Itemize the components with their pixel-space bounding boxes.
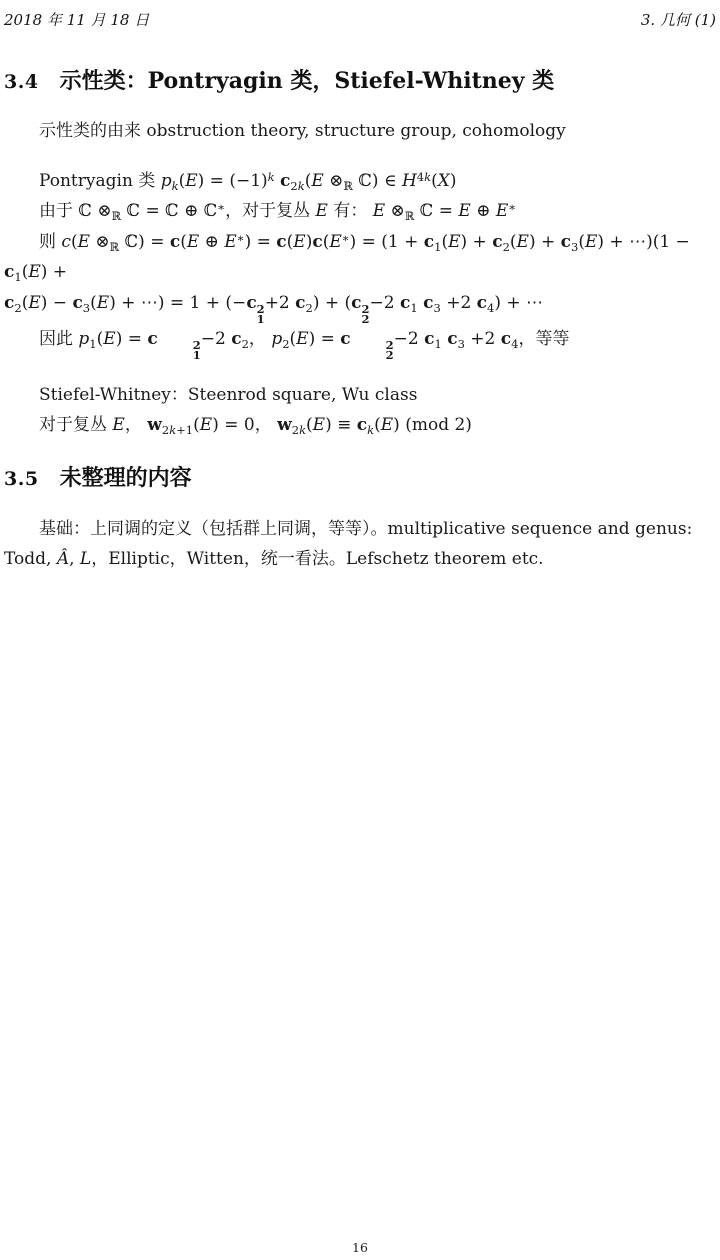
section-heading-3-4: 3.4 示性类：Pontryagin 类，Stiefel-Whitney 类 (4, 64, 716, 95)
section-number: 3.4 (4, 71, 39, 93)
header-date: 2018 年 11 月 18 日 (4, 9, 149, 30)
paragraph-misc: 基础：上同调的定义（包括群上同调，等等）。multiplicative sequ… (4, 514, 716, 575)
document-page: 2018 年 11 月 18 日 3. 几何 (1) 3.4 示性类：Pontr… (0, 0, 720, 1260)
paragraph-origin: 示性类的由来 obstruction theory, structure gro… (4, 116, 716, 147)
paragraph-sw-intro: Stiefel-Whitney：Steenrod square, Wu clas… (4, 380, 716, 411)
page-header: 2018 年 11 月 18 日 3. 几何 (1) (4, 9, 716, 30)
math-line-complexification: 由于 ℂ ⊗ℝ ℂ = ℂ ⊕ ℂ∗，对于复丛 E 有： E ⊗ℝ ℂ = E … (4, 196, 716, 227)
section-title: 示性类：Pontryagin 类，Stiefel-Whitney 类 (60, 64, 555, 95)
stiefel-whitney-block: Stiefel-Whitney：Steenrod square, Wu clas… (4, 380, 716, 441)
header-chapter-title: 3. 几何 (1) (641, 9, 716, 30)
math-line-chern-expansion-2: c2(E) − c3(E) + ⋯) = 1 + (−c21+2 c2) + (… (4, 288, 716, 324)
math-line-p1-p2: 因此 p1(E) = c21−2 c2， p2(E) = c22−2 c1 c3… (4, 324, 716, 360)
page-number: 16 (0, 1240, 720, 1255)
math-line-sw-relation: 对于复丛 E， w2k+1(E) = 0， w2k(E) ≡ ck(E) (mo… (4, 410, 716, 441)
math-block-pontryagin: Pontryagin 类 pk(E) = (−1)k c2k(E ⊗ℝ ℂ) ∈… (4, 166, 716, 360)
math-line-chern-expansion-1: 则 c(E ⊗ℝ ℂ) = c(E ⊕ E∗) = c(E)c(E∗) = (1… (4, 227, 716, 288)
paragraph-misc-line2: Todd, Â, L，Elliptic，Witten，统一看法。Lefschet… (4, 544, 716, 575)
section-number: 3.5 (4, 468, 39, 490)
section-heading-3-5: 3.5 未整理的内容 (4, 461, 716, 492)
math-line-pontryagin-def: Pontryagin 类 pk(E) = (−1)k c2k(E ⊗ℝ ℂ) ∈… (4, 166, 716, 197)
section-title: 未整理的内容 (60, 461, 192, 492)
paragraph-misc-line1: 基础：上同调的定义（包括群上同调，等等）。multiplicative sequ… (4, 514, 716, 545)
